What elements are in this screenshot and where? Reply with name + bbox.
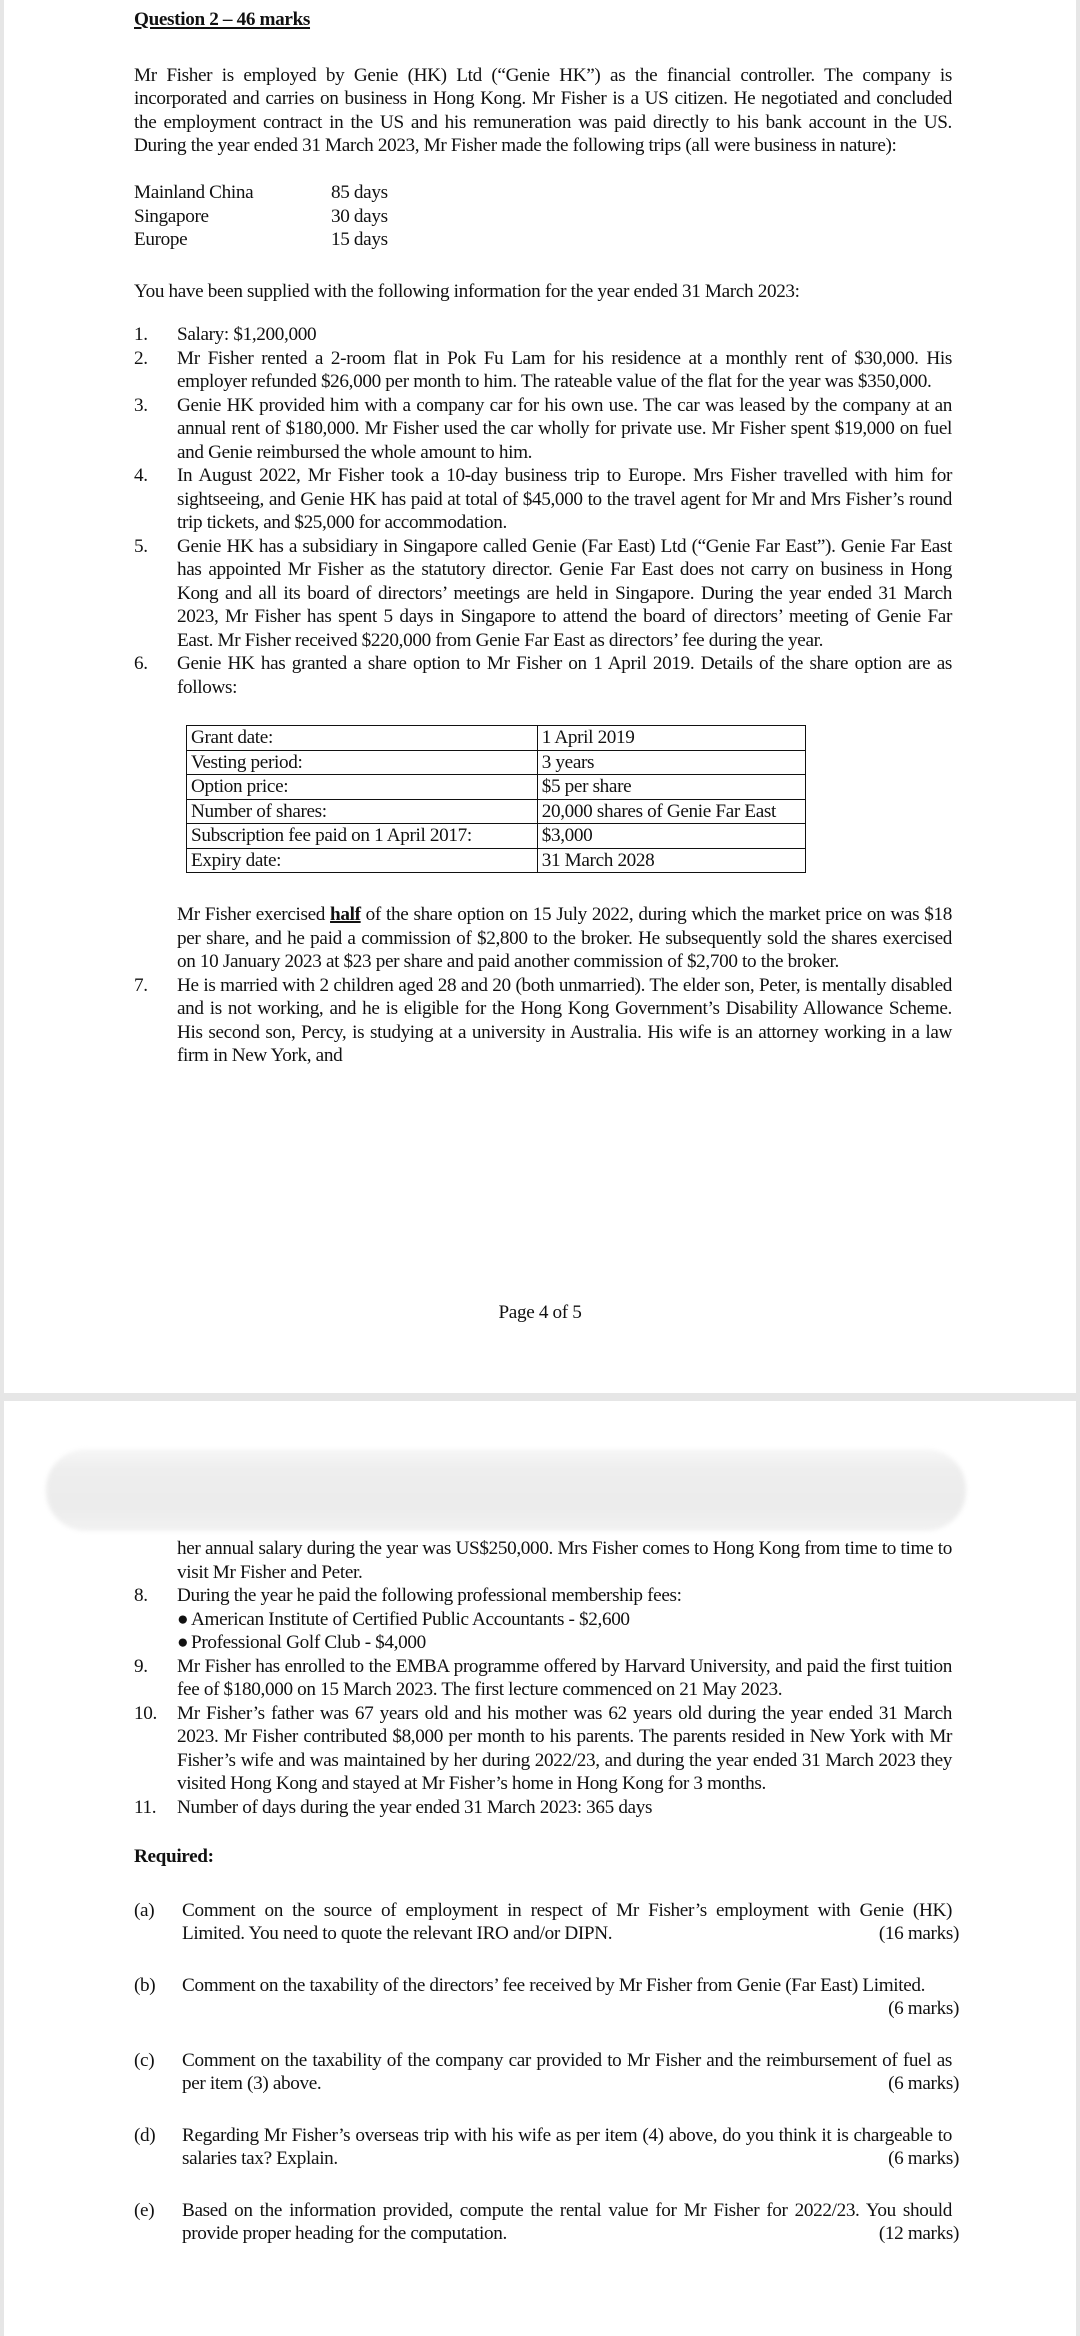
table-cell-value: $5 per share [537,775,805,800]
part-body: Regarding Mr Fisher’s overseas trip with… [182,2124,952,2171]
table-row: Expiry date:31 March 2028 [187,848,806,873]
part-body: Comment on the taxability of the company… [182,2049,952,2096]
list-item: 9.Mr Fisher has enrolled to the EMBA pro… [134,1655,952,1702]
list-item: 7.He is married with 2 children aged 28 … [134,974,952,1068]
exercise-emphasis: half [330,904,361,925]
table-cell-value: 1 April 2019 [537,726,805,751]
part-marks: (6 marks) [888,1997,959,2021]
list-item: 10.Mr Fisher’s father was 67 years old a… [134,1702,952,1796]
table-cell-value: $3,000 [537,824,805,849]
question-title: Question 2 – 46 marks [134,8,952,32]
table-cell-label: Vesting period: [187,750,538,775]
item-text: Mr Fisher’s father was 67 years old and … [177,1702,952,1796]
bullet-item: ●American Institute of Certified Public … [177,1608,952,1632]
trip-place: Singapore [134,205,331,229]
item-number: 10. [134,1702,177,1796]
trip-place: Europe [134,228,331,252]
part-marks: (16 marks) [879,1922,959,1946]
table-row: Vesting period:3 years [187,750,806,775]
item-number: 6. [134,652,177,699]
list-item: 4.In August 2022, Mr Fisher took a 10-da… [134,464,952,535]
item-text: Mr Fisher has enrolled to the EMBA progr… [177,1655,952,1702]
item-text: Mr Fisher rented a 2-room flat in Pok Fu… [177,347,952,394]
intro-paragraph: Mr Fisher is employed by Genie (HK) Ltd … [134,64,952,158]
table-cell-label: Number of shares: [187,799,538,824]
item-number: 7. [134,974,177,1068]
list-item: 1.Salary: $1,200,000 [134,323,952,347]
list-item: 3.Genie HK provided him with a company c… [134,394,952,465]
bullet-icon: ● [177,1608,191,1632]
trip-days: 30 days [331,205,952,229]
bullet-text: American Institute of Certified Public A… [191,1608,630,1632]
share-option-table: Grant date:1 April 2019 Vesting period:3… [186,725,806,873]
document-page-5: her annual salary during the year was US… [4,1401,1076,2336]
part-text: Based on the information provided, compu… [182,2200,952,2245]
item-text: Genie HK has granted a share option to M… [177,652,952,699]
info-items-list-cont: 7.He is married with 2 children aged 28 … [134,974,952,1068]
item-number: 9. [134,1655,177,1702]
required-part-c: (c) Comment on the taxability of the com… [134,2049,952,2096]
table-row: Number of shares:20,000 shares of Genie … [187,799,806,824]
list-item: 11.Number of days during the year ended … [134,1796,952,1820]
part-label: (c) [134,2049,182,2096]
item-text: Number of days during the year ended 31 … [177,1796,952,1820]
list-item: 5.Genie HK has a subsidiary in Singapore… [134,535,952,653]
required-heading: Required: [134,1845,952,1869]
item-text: Genie HK has a subsidiary in Singapore c… [177,535,952,653]
part-label: (d) [134,2124,182,2171]
exercise-paragraph: Mr Fisher exercised half of the share op… [177,903,952,974]
trips-list: Mainland China 85 days Singapore 30 days… [134,181,952,252]
info-items-list-page2: 8. During the year he paid the following… [134,1584,952,1819]
info-items-list: 1.Salary: $1,200,000 2.Mr Fisher rented … [134,323,952,699]
part-text: Comment on the taxability of the company… [182,2050,952,2095]
list-item: 2.Mr Fisher rented a 2-room flat in Pok … [134,347,952,394]
list-item: 6.Genie HK has granted a share option to… [134,652,952,699]
list-item: 8. During the year he paid the following… [134,1584,952,1655]
document-page-4: Question 2 – 46 marks Mr Fisher is emplo… [4,0,1076,1393]
table-cell-label: Grant date: [187,726,538,751]
page-content: her annual salary during the year was US… [134,1537,952,2246]
part-label: (e) [134,2199,182,2246]
required-part-a: (a) Comment on the source of employment … [134,1899,952,1946]
part-marks: (6 marks) [888,2147,959,2171]
part-label: (b) [134,1974,182,2021]
item-number: 2. [134,347,177,394]
item-number: 4. [134,464,177,535]
exercise-text-pre: Mr Fisher exercised [177,904,330,925]
item-text: Salary: $1,200,000 [177,323,952,347]
required-part-b: (b) Comment on the taxability of the dir… [134,1974,952,2021]
table-row: Subscription fee paid on 1 April 2017:$3… [187,824,806,849]
item-text: He is married with 2 children aged 28 an… [177,974,952,1068]
item-number: 3. [134,394,177,465]
bullet-item: ●Professional Golf Club - $4,000 [177,1631,952,1655]
page-content: Question 2 – 46 marks Mr Fisher is emplo… [134,8,952,1068]
part-label: (a) [134,1899,182,1946]
required-part-d: (d) Regarding Mr Fisher’s overseas trip … [134,2124,952,2171]
item-text: In August 2022, Mr Fisher took a 10-day … [177,464,952,535]
item-text: Genie HK provided him with a company car… [177,394,952,465]
part-body: Based on the information provided, compu… [182,2199,952,2246]
item-text: During the year he paid the following pr… [177,1585,682,1606]
table-row: Option price:$5 per share [187,775,806,800]
required-part-e: (e) Based on the information provided, c… [134,2199,952,2246]
table-cell-value: 3 years [537,750,805,775]
page-number: Page 4 of 5 [4,1302,1076,1324]
part-text: Comment on the taxability of the directo… [182,1975,925,1996]
item-number: 11. [134,1796,177,1820]
part-body: Comment on the source of employment in r… [182,1899,952,1946]
trip-place: Mainland China [134,181,331,205]
table-row: Grant date:1 April 2019 [187,726,806,751]
continuation-paragraph: her annual salary during the year was US… [177,1537,952,1584]
bullet-text: Professional Golf Club - $4,000 [191,1631,426,1655]
table-cell-label: Option price: [187,775,538,800]
item-number: 1. [134,323,177,347]
part-text: Comment on the source of employment in r… [182,1900,952,1945]
item-number: 5. [134,535,177,653]
part-text: Regarding Mr Fisher’s overseas trip with… [182,2125,952,2170]
table-cell-value: 31 March 2028 [537,848,805,873]
table-cell-label: Subscription fee paid on 1 April 2017: [187,824,538,849]
part-body: Comment on the taxability of the directo… [182,1974,952,2021]
supplied-info-intro: You have been supplied with the followin… [134,280,952,304]
item-number: 8. [134,1584,177,1655]
part-marks: (12 marks) [879,2222,959,2246]
part-marks: (6 marks) [888,2072,959,2096]
trip-days: 85 days [331,181,952,205]
item-body: During the year he paid the following pr… [177,1584,952,1655]
table-cell-value: 20,000 shares of Genie Far East [537,799,805,824]
redacted-header [46,1449,966,1531]
bullet-icon: ● [177,1631,191,1655]
table-cell-label: Expiry date: [187,848,538,873]
trip-days: 15 days [331,228,952,252]
